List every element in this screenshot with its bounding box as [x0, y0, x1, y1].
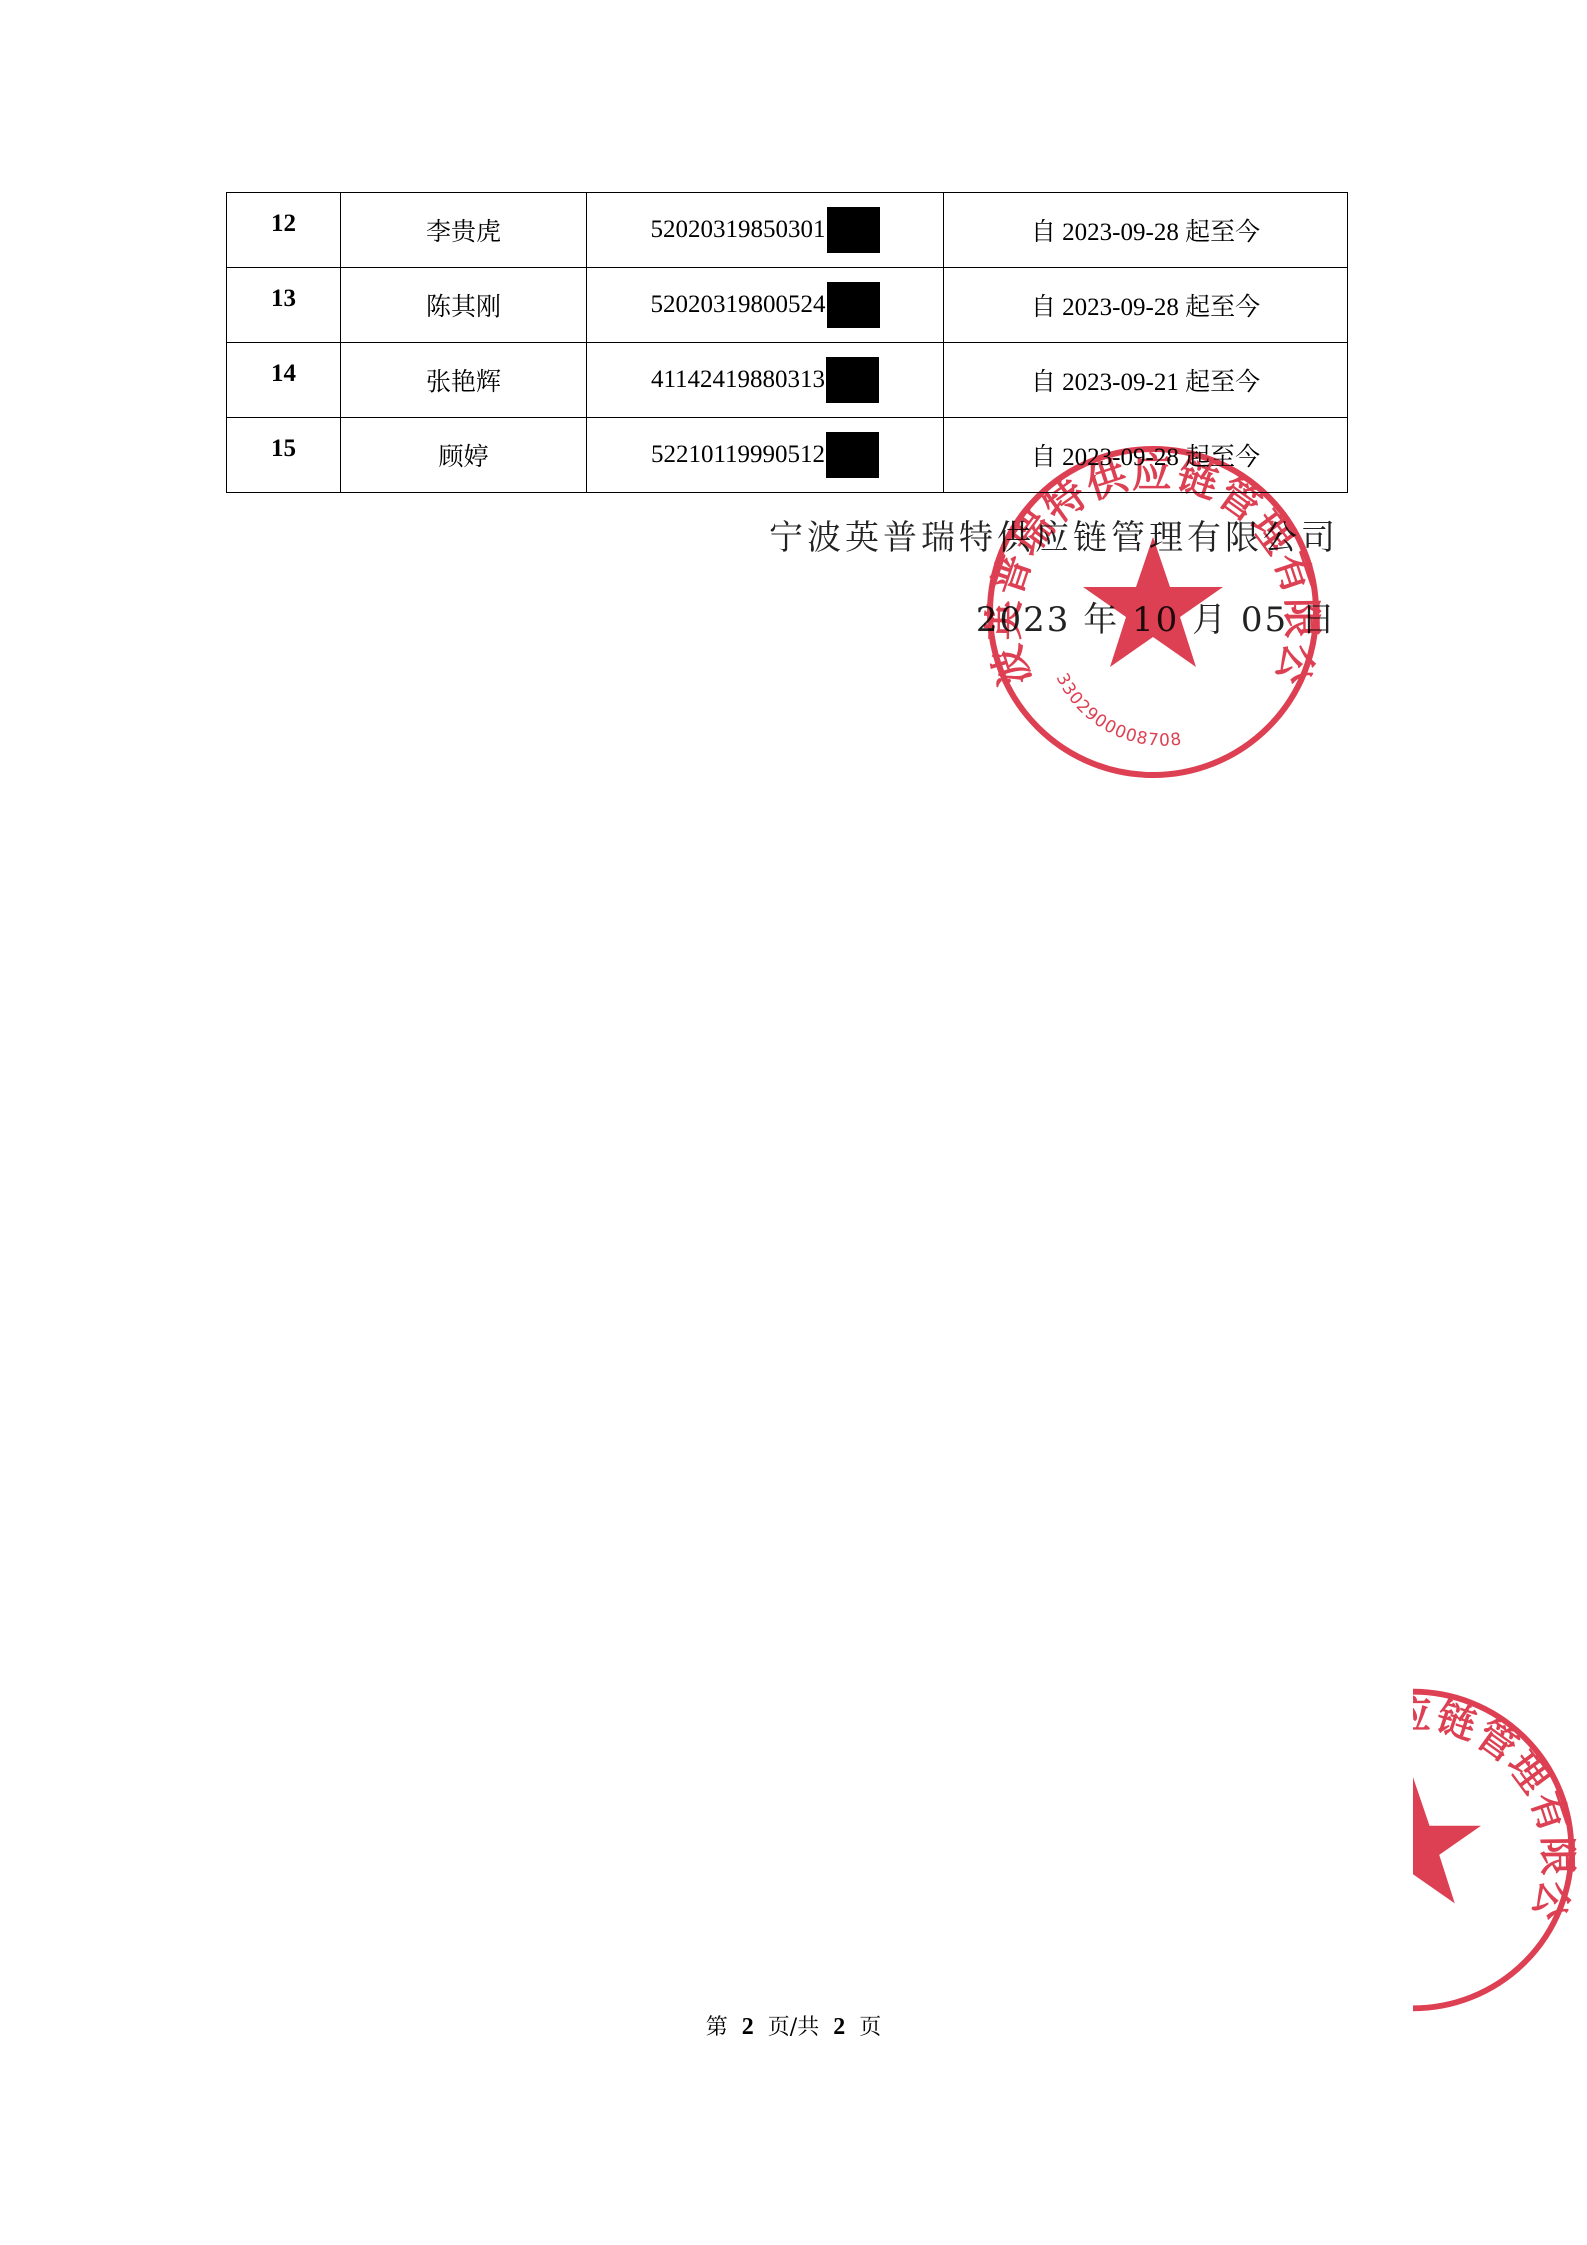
- employment-period: 自 2023-09-28 起至今: [944, 268, 1348, 343]
- redaction-block: [826, 357, 879, 403]
- page-footer: 第 2 页/共 2 页: [0, 2010, 1587, 2041]
- redaction-block: [827, 207, 880, 253]
- partial-seal: 宁波英普瑞特供应链管理有限公司: [1413, 1680, 1587, 2020]
- employment-period: 自 2023-09-28 起至今: [944, 193, 1348, 268]
- svg-text:3302900008708: 3302900008708: [1052, 670, 1184, 751]
- id-number-cell: 52210119990512: [587, 418, 944, 493]
- id-number: 52020319800524: [651, 291, 826, 319]
- table-row: 13 陈其刚 52020319800524 自 2023-09-28 起至今: [227, 268, 1348, 343]
- svg-text:宁波英普瑞特供应链管理有限公司: 宁波英普瑞特供应链管理有限公司: [1413, 1680, 1579, 1927]
- company-signature: 宁波英普瑞特供应链管理有限公司: [769, 510, 1339, 559]
- id-number-cell: 52020319850301: [587, 193, 944, 268]
- id-number-cell: 52020319800524: [587, 268, 944, 343]
- employee-name: 李贵虎: [341, 193, 587, 268]
- row-number: 12: [227, 193, 341, 268]
- employment-period: 自 2023-09-21 起至今: [944, 343, 1348, 418]
- employment-period: 自 2023-09-28 起至今: [944, 418, 1348, 493]
- id-number: 52210119990512: [651, 441, 825, 469]
- current-page: 2: [742, 2014, 754, 2040]
- id-number-cell: 41142419880313: [587, 343, 944, 418]
- row-number: 13: [227, 268, 341, 343]
- signature-date: 2023 年 10 月 05 日: [976, 592, 1337, 641]
- redaction-block: [826, 432, 879, 478]
- table-row: 12 李贵虎 52020319850301 自 2023-09-28 起至今: [227, 193, 1348, 268]
- row-number: 14: [227, 343, 341, 418]
- table-row: 14 张艳辉 41142419880313 自 2023-09-21 起至今: [227, 343, 1348, 418]
- employee-table: 12 李贵虎 52020319850301 自 2023-09-28 起至今 1…: [226, 192, 1348, 493]
- partial-seal-icon: 宁波英普瑞特供应链管理有限公司: [1413, 1680, 1583, 2020]
- total-pages: 2: [833, 2014, 845, 2040]
- row-number: 15: [227, 418, 341, 493]
- employee-name: 陈其刚: [341, 268, 587, 343]
- id-number: 52020319850301: [651, 216, 826, 244]
- document-page: 12 李贵虎 52020319850301 自 2023-09-28 起至今 1…: [0, 0, 1587, 2245]
- employee-name: 张艳辉: [341, 343, 587, 418]
- table-row: 15 顾婷 52210119990512 自 2023-09-28 起至今: [227, 418, 1348, 493]
- redaction-block: [827, 282, 880, 328]
- employee-name: 顾婷: [341, 418, 587, 493]
- id-number: 41142419880313: [651, 366, 825, 394]
